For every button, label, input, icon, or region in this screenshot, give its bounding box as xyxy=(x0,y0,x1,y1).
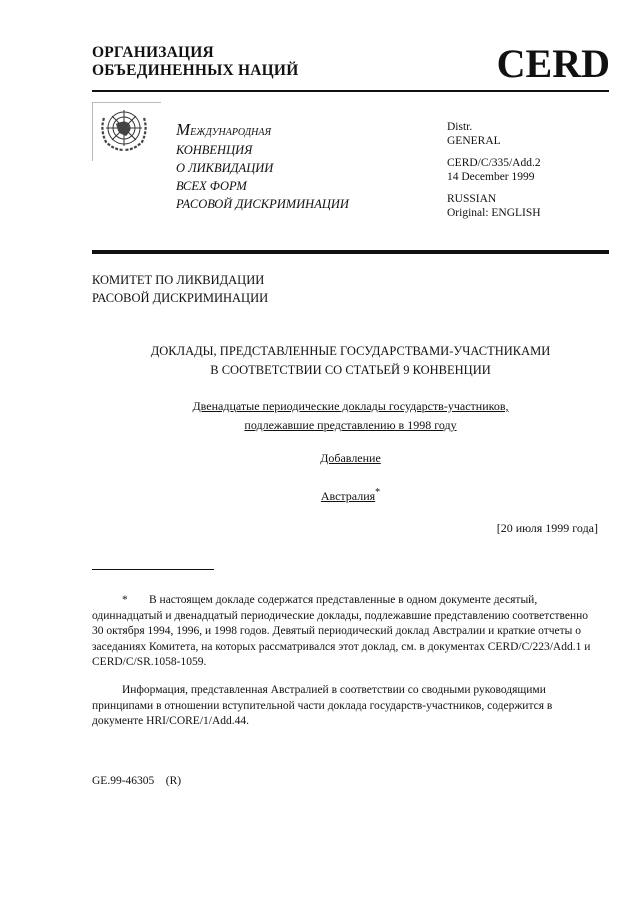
footnote-1: *В настоящем докладе содержатся представ… xyxy=(92,593,602,671)
title-line-2: В СООТВЕТСТВИИ СО СТАТЬЕЙ 9 КОНВЕНЦИИ xyxy=(92,361,609,380)
footnote-star: * xyxy=(122,593,149,609)
title-line-1: ДОКЛАДЫ, ПРЕДСТАВЛЕННЫЕ ГОСУДАРСТВАМИ-УЧ… xyxy=(92,342,609,361)
org-line-2: ОБЪЕДИНЕННЫХ НАЦИЙ xyxy=(92,62,298,80)
document-job-number: GE.99-46305 (R) xyxy=(92,775,181,787)
distr-value: GENERAL xyxy=(447,135,501,147)
convention-line-3: О ЛИКВИДАЦИИ xyxy=(176,159,349,177)
committee-line-1: КОМИТЕТ ПО ЛИКВИДАЦИИ xyxy=(92,271,268,289)
convention-line-5: РАСОВОЙ ДИСКРИМИНАЦИИ xyxy=(176,195,349,213)
committee-name: КОМИТЕТ ПО ЛИКВИДАЦИИ РАСОВОЙ ДИСКРИМИНА… xyxy=(92,271,268,307)
organization-name: ОРГАНИЗАЦИЯ ОБЪЕДИНЕННЫХ НАЦИЙ xyxy=(92,44,298,80)
document-metadata: Distr. GENERAL CERD/C/335/Add.2 14 Decem… xyxy=(447,121,541,229)
footnote-1-text: В настоящем докладе содержатся представл… xyxy=(92,594,590,668)
convention-line-1: Международная xyxy=(176,121,349,141)
subtitle-line-2: подлежавшие представлению в 1998 году xyxy=(244,418,456,432)
report-date: [20 июля 1999 года] xyxy=(497,521,598,536)
document-symbol: CERD/C/335/Add.2 xyxy=(447,157,541,169)
subtitle-line-1: Двенадцатые периодические доклады госуда… xyxy=(192,399,508,413)
convention-line-4: ВСЕХ ФОРМ xyxy=(176,177,349,195)
un-emblem-icon xyxy=(96,104,152,156)
footnote-rule xyxy=(92,569,214,570)
convention-line-2: КОНВЕНЦИЯ xyxy=(176,141,349,159)
document-date: 14 December 1999 xyxy=(447,171,535,183)
document-acronym: CERD xyxy=(497,40,610,88)
addendum-heading: Добавление xyxy=(92,451,609,466)
footnote-2: Информация, представленная Австралией в … xyxy=(92,683,602,730)
country-heading: Австралия* xyxy=(92,487,609,504)
footnote-2-text: Информация, представленная Австралией в … xyxy=(92,684,552,727)
footnote-marker: * xyxy=(375,487,380,498)
document-language: RUSSIAN xyxy=(447,193,496,205)
org-line-1: ОРГАНИЗАЦИЯ xyxy=(92,44,298,62)
header-rule xyxy=(92,90,609,92)
committee-line-2: РАСОВОЙ ДИСКРИМИНАЦИИ xyxy=(92,289,268,307)
distr-label: Distr. xyxy=(447,121,472,133)
document-title: ДОКЛАДЫ, ПРЕДСТАВЛЕННЫЕ ГОСУДАРСТВАМИ-УЧ… xyxy=(92,342,609,380)
convention-name: Международная КОНВЕНЦИЯ О ЛИКВИДАЦИИ ВСЕ… xyxy=(176,121,349,213)
original-language: Original: ENGLISH xyxy=(447,207,541,219)
section-rule xyxy=(92,250,609,254)
document-subtitle: Двенадцатые периодические доклады госуда… xyxy=(92,397,609,435)
